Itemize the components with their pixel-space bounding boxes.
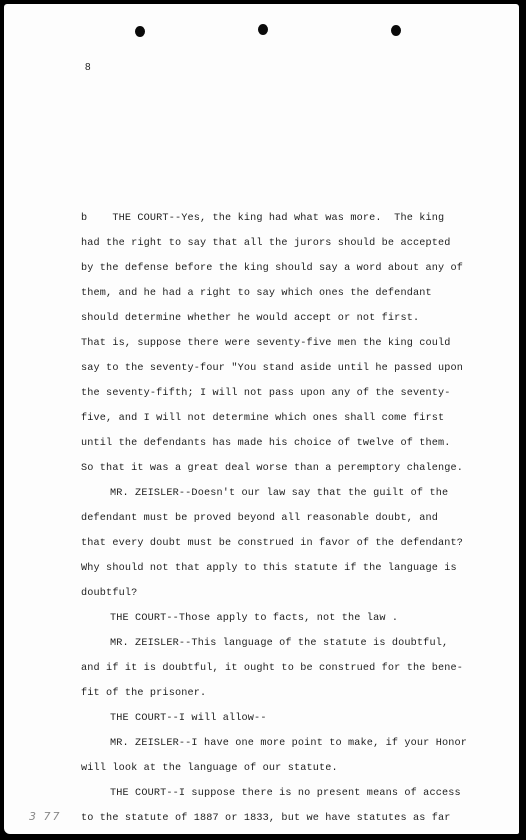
- handwritten-margin-note: 3 77: [29, 810, 62, 823]
- document-page: 8 b THE COURT--Yes, the king had what wa…: [4, 4, 519, 834]
- transcript-line: b THE COURT--Yes, the king had what was …: [81, 213, 444, 224]
- transcript-line: defendant must be proved beyond all reas…: [81, 513, 438, 524]
- transcript-line: and if it is doubtful, it ought to be co…: [81, 663, 463, 674]
- transcript-line: to the statute of 1887 or 1833, but we h…: [81, 813, 451, 824]
- transcript-line: Why should not that apply to this statut…: [81, 563, 457, 574]
- transcript-line: THE COURT--I will allow--: [110, 713, 267, 724]
- transcript-line: by the defense before the king should sa…: [81, 263, 463, 274]
- transcript-line: THE COURT--I suppose there is no present…: [110, 788, 461, 799]
- transcript-line: them, and he had a right to say which on…: [81, 288, 432, 299]
- punch-hole-left: [135, 26, 145, 37]
- transcript-line: five, and I will not determine which one…: [81, 413, 444, 424]
- transcript-line: MR. ZEISLER--I have one more point to ma…: [110, 738, 467, 749]
- transcript-line: MR. ZEISLER--This language of the statut…: [110, 638, 448, 649]
- transcript-line: should determine whether he would accept…: [81, 313, 419, 324]
- punch-hole-right: [391, 25, 401, 36]
- transcript-line: say to the seventy-four "You stand aside…: [81, 363, 463, 374]
- transcript-line: will look at the language of our statute…: [81, 763, 338, 774]
- transcript-line: fit of the prisoner.: [81, 688, 206, 699]
- transcript-line: THE COURT--Those apply to facts, not the…: [110, 613, 398, 624]
- transcript-line: had the right to say that all the jurors…: [81, 238, 451, 249]
- transcript-line: MR. ZEISLER--Doesn't our law say that th…: [110, 488, 448, 499]
- punch-hole-center: [258, 24, 268, 35]
- page-number: 8: [85, 62, 91, 73]
- transcript-line: the seventy-fifth; I will not pass upon …: [81, 388, 451, 399]
- transcript-line: That is, suppose there were seventy-five…: [81, 338, 451, 349]
- transcript-line: until the defendants has made his choice…: [81, 438, 451, 449]
- transcript-line: So that it was a great deal worse than a…: [81, 463, 463, 474]
- transcript-line: doubtful?: [81, 588, 137, 599]
- transcript-line: that every doubt must be construed in fa…: [81, 538, 463, 549]
